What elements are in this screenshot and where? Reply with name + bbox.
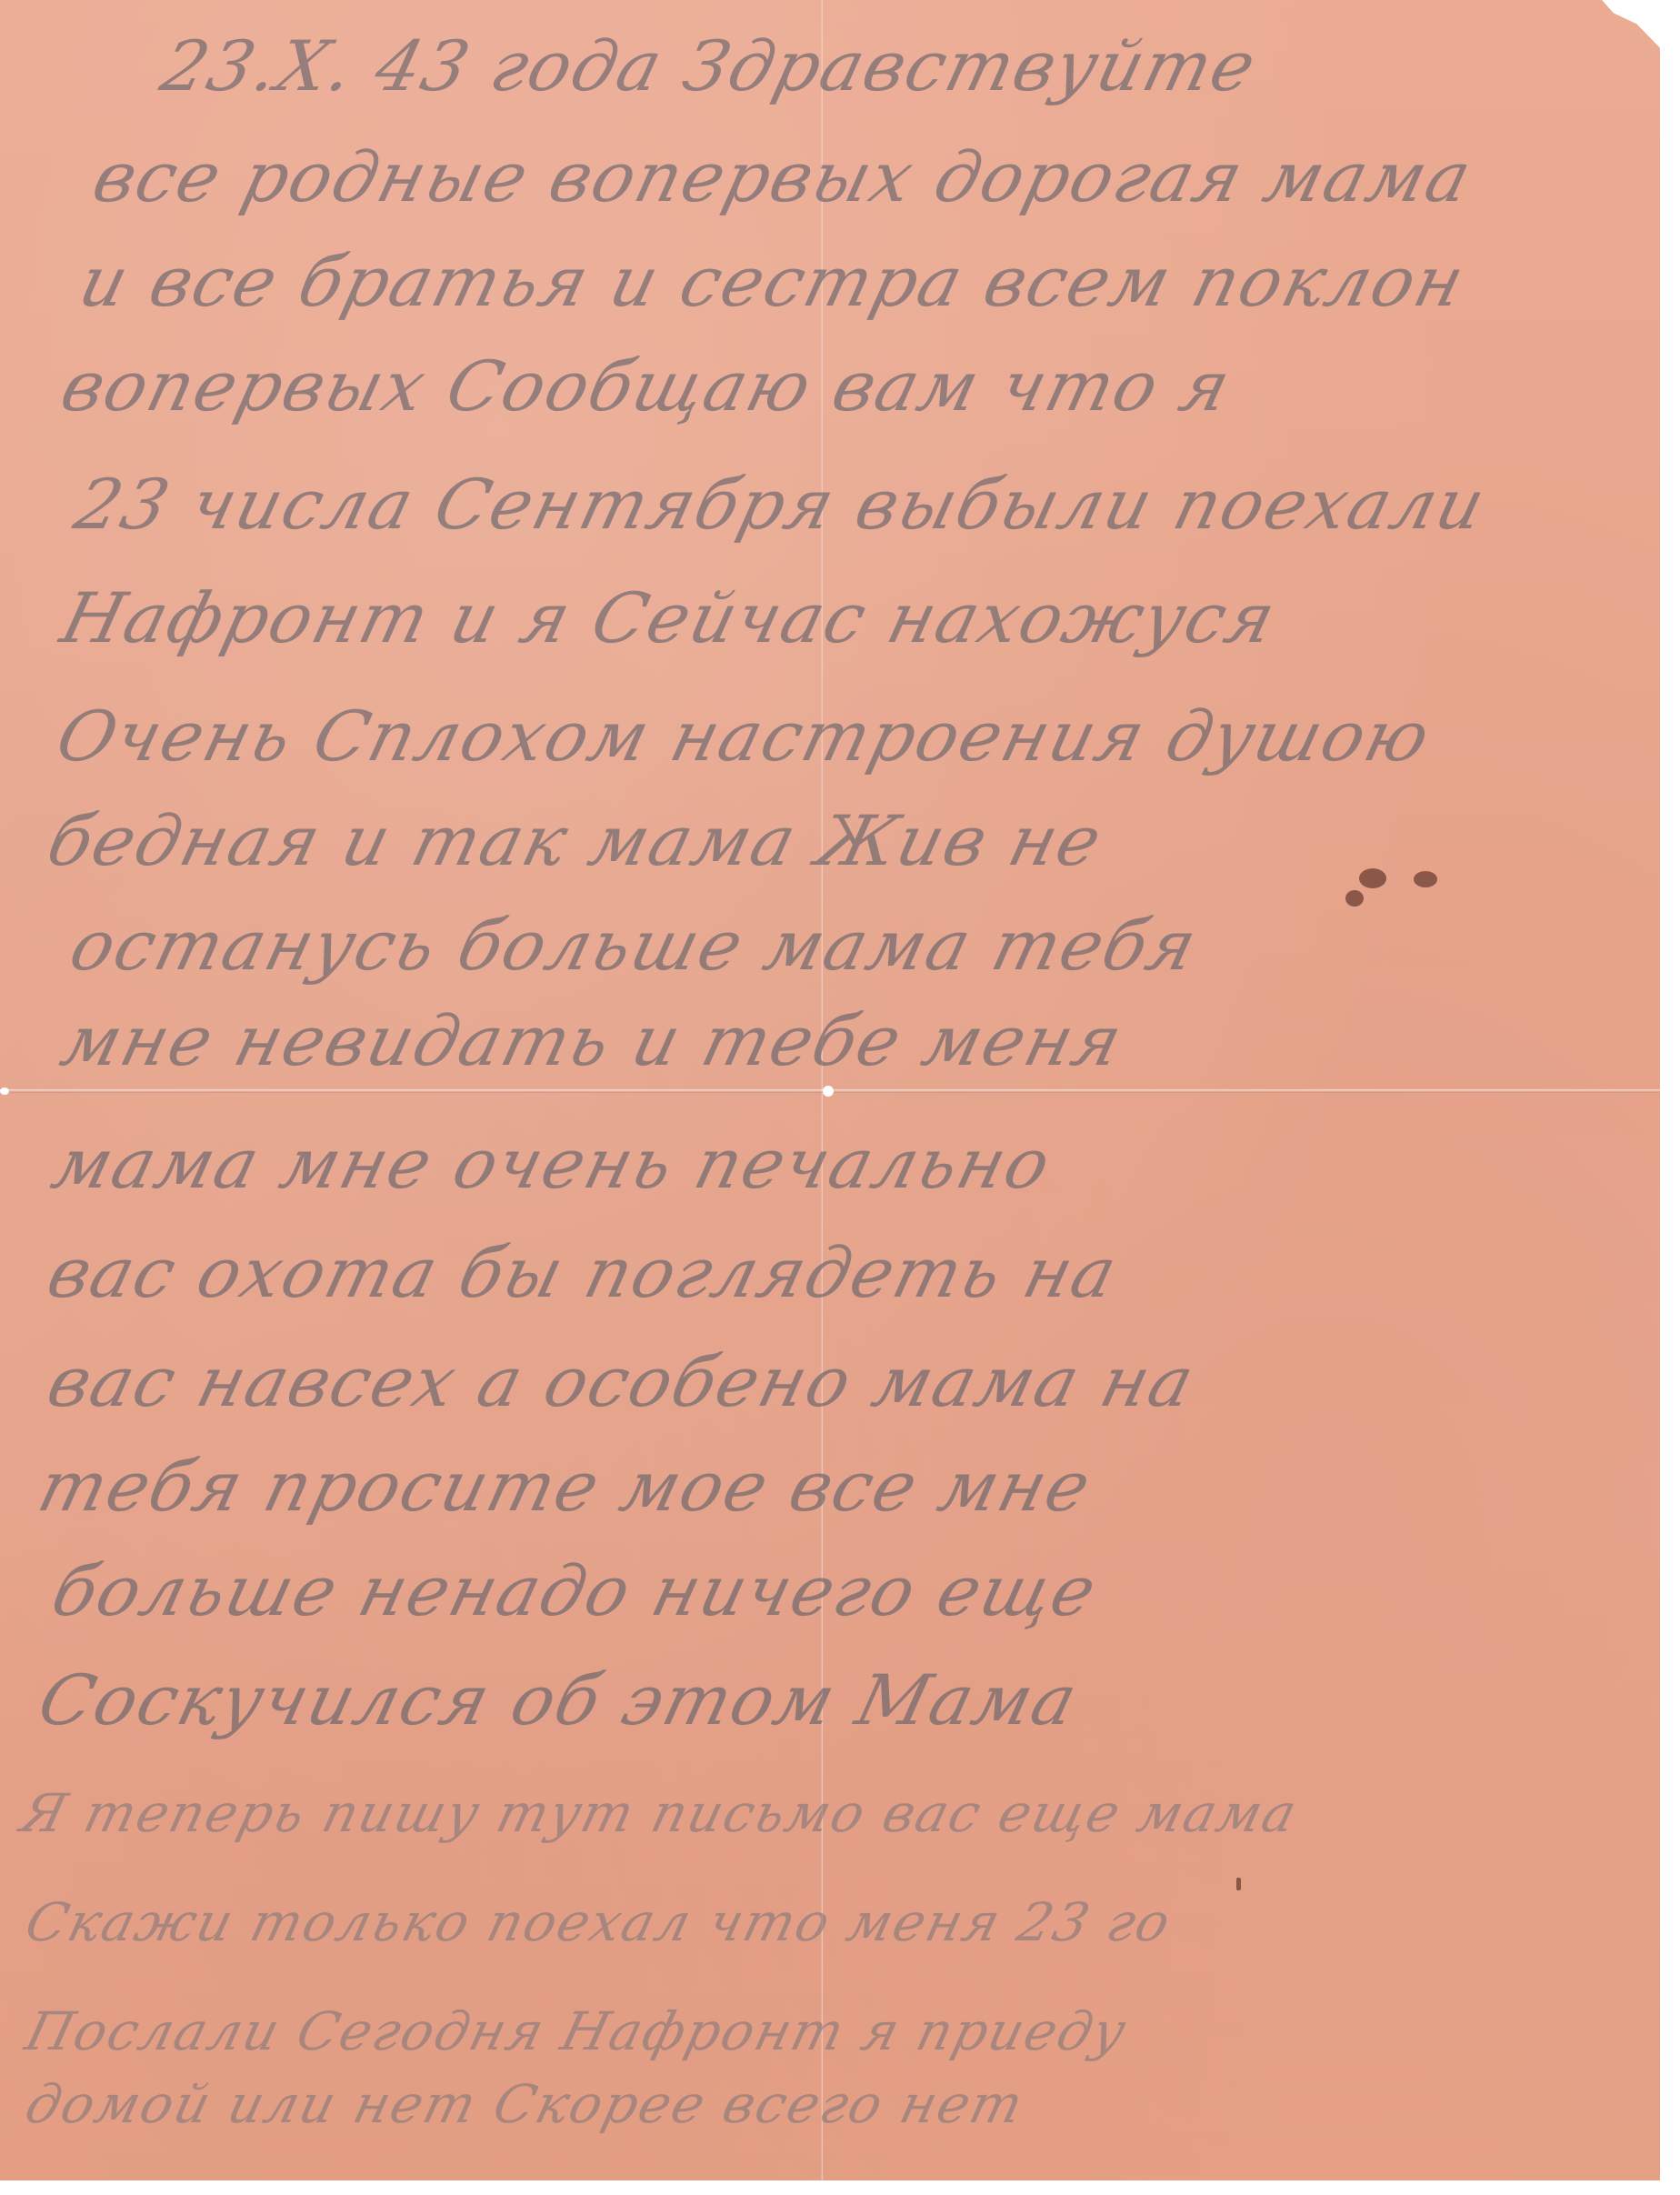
letter-line: вопервых Сообщаю вам что я (54, 346, 1240, 426)
letter-line: вас охота бы поглядеть на (40, 1232, 1126, 1313)
letter-line: домой или нет Скорее всего нет (20, 2073, 1031, 2135)
letter-line: 23 числа Сентября выбыли поехали (67, 464, 1495, 545)
letter-line: мама мне очень печально (45, 1123, 1060, 1204)
letter-line: останусь больше мама тебя (63, 905, 1206, 986)
letter-line: больше ненадо ничего еще (45, 1550, 1105, 1631)
letter-line: Послали Сегодня Нафронт я приеду (20, 2000, 1135, 2062)
letter-line: Я теперь пишу тут письмо вас еще мама (15, 1782, 1305, 1844)
letter-line: бедная и так мама Жив не (40, 800, 1111, 881)
letter-line: 23.X. 43 года Здравствуйте (154, 25, 1265, 106)
letter-line: мне невидать и тебе меня (54, 1000, 1132, 1081)
letter-line: Нафронт и я Сейчас нахожуся (54, 577, 1285, 658)
letter-line: Очень Сплохом настроения душою (49, 696, 1439, 777)
letter-body: 23.X. 43 года Здравствуйте все родные во… (0, 0, 1660, 2180)
letter-line: и все братья и сестра всем поклон (72, 241, 1474, 322)
letter-line: Соскучился об этом Мама (31, 1659, 1086, 1740)
letter-line: все родные вопервых дорогая мама (85, 136, 1481, 217)
letter-line: Скажи только поехал что меня 23 го (20, 1891, 1178, 1953)
letter-line: вас навсех а особено мама на (40, 1341, 1204, 1422)
letter-line: тебя просите мое все мне (31, 1446, 1100, 1527)
